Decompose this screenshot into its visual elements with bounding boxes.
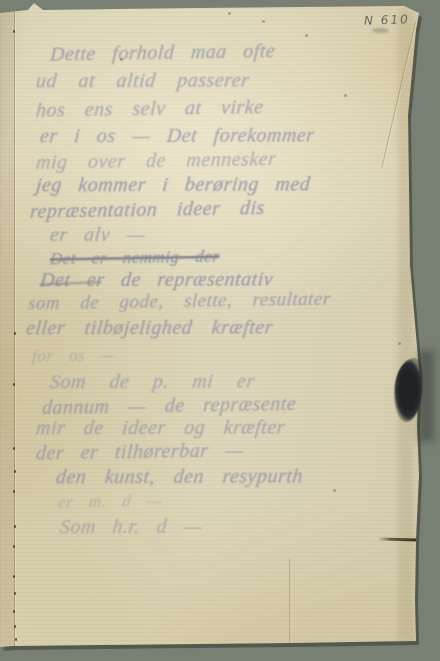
perforation-dot [14, 470, 16, 473]
handwriting-line: repræsentation ideer dis [29, 197, 265, 224]
scanned-manuscript-photo: N 610 Dette forhold maa ofte ud at altid… [0, 0, 440, 661]
tear-mark [378, 537, 419, 541]
handwriting-line: Som h.r. d — [59, 516, 203, 540]
handwriting-line: mir de ideer og kræfter [35, 417, 286, 441]
perforation-dot [15, 638, 17, 641]
handwriting-line: er i os — Det forekommer [39, 125, 316, 149]
handwriting-line: der er tilhørerbar — [35, 439, 244, 465]
handwriting-line: ud at altid passerer [35, 70, 251, 94]
handwriting-line: mig over de mennesker [35, 148, 277, 175]
handwriting-line-struck: Det er nemmig der [49, 247, 220, 270]
handwriting-line: den kunst, den resypurth [55, 466, 304, 490]
perforation-dot [14, 592, 16, 595]
left-fold-crease [14, 8, 15, 648]
handwriting-line: Som de p. mi er [49, 371, 256, 395]
handwriting-line: jeg kommer i berøring med [35, 174, 312, 198]
paper-speck [228, 12, 231, 15]
perforation-dot [13, 610, 15, 613]
handwriting-line: er m. d — [57, 491, 163, 513]
perforation-dot [14, 525, 16, 528]
perforation-dot [13, 575, 15, 578]
handwriting-line: Dette forhold maa ofte [49, 40, 276, 67]
perforation-dot [13, 383, 15, 386]
paper-speck [398, 342, 401, 345]
handwriting-line: eller tilbøjelighed kræfter [25, 317, 274, 341]
paper-speck [333, 489, 336, 492]
perforation-dot [13, 447, 15, 450]
paper-speck [262, 20, 265, 23]
manuscript-page: N 610 Dette forhold maa ofte ud at altid… [0, 0, 440, 661]
paper-speck [305, 34, 308, 37]
perforation-dot [13, 30, 15, 33]
handwriting-line: Det er de repræsentativ [39, 269, 275, 293]
paper-speck [120, 58, 123, 61]
perforation-dot [13, 490, 15, 493]
perforation-dot [14, 625, 16, 628]
perforation-dot [14, 332, 16, 335]
archival-number: N 610 [364, 12, 410, 28]
handwriting-line: er alv — [49, 224, 146, 247]
vertical-crease [289, 558, 290, 644]
handwriting-line: for os — [31, 345, 117, 366]
left-fold-strip [0, 8, 14, 648]
perforation-dot [13, 545, 15, 548]
handwriting-line: hos ens selv at virke [35, 96, 264, 123]
pencil-smudge [372, 28, 389, 33]
paper-speck [344, 94, 347, 97]
handwriting-line: som de gode, slette, resultater [27, 289, 331, 316]
